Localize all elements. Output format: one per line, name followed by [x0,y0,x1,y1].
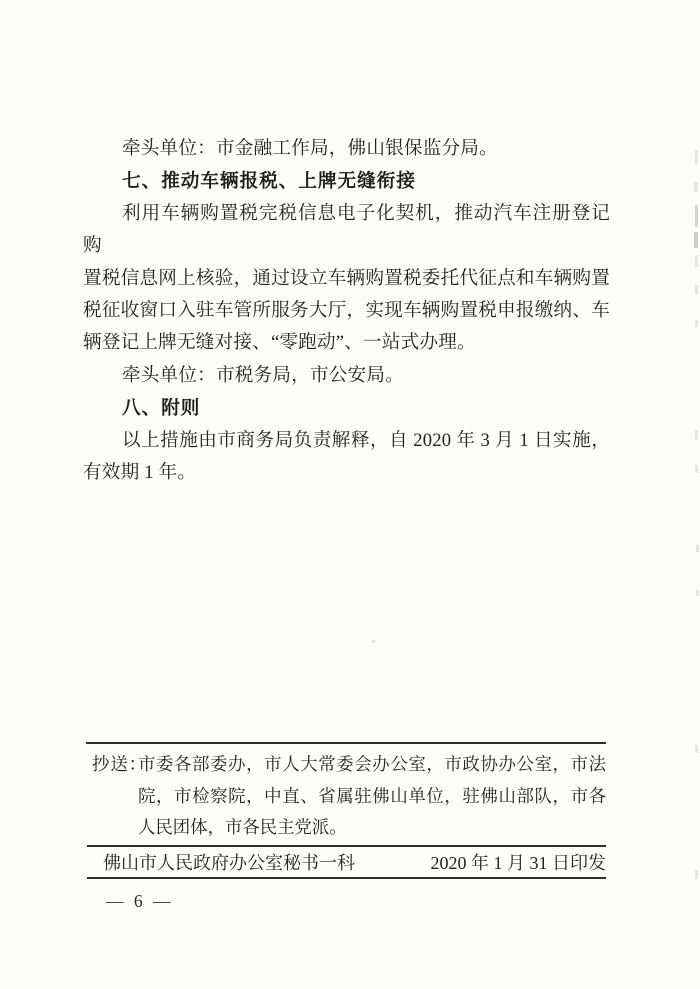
scan-noise-mark [695,255,698,267]
footer-middle-rule [87,845,606,847]
scan-noise-mark [694,232,698,248]
copy-to-lines: 市委各部委办，市人大常委会办公室，市政协办公室，市法 院，市检察院，中直、省属驻… [138,749,606,844]
paragraph-line: 置税信息网上核验，通过设立车辆购置税委托代征点和车辆购置 [83,263,610,295]
footer-bottom-rule [87,877,606,879]
paragraph-line: 辆登记上牌无缝对接、“零跑动”、一站式办理。 [83,327,610,359]
copy-to-line: 市委各部委办，市人大常委会办公室，市政协办公室，市法 [138,749,606,781]
paragraph-line: 以上措施由市商务局负责解释，自 2020 年 3 月 1 日实施， [83,425,610,457]
copy-to-line: 人民团体，市各民主党派。 [138,812,606,844]
scan-noise-mark [694,182,698,192]
scan-noise-mark [695,320,698,327]
scan-noise-mark [695,465,698,473]
copy-to-line: 院，市检察院，中直、省属驻佛山单位，驻佛山部队，市各 [138,781,606,813]
paragraph-line: 利用车辆购置税完税信息电子化契机，推动汽车注册登记购 [83,198,610,263]
page-number: — 6 — [106,891,174,912]
scan-noise-mark [695,745,698,753]
scan-noise-mark [696,590,699,596]
scan-noise-mark [695,430,698,440]
section-heading-8: 八、附则 [83,392,610,424]
copy-to-label: 抄送： [92,749,147,781]
footer-top-rule [86,742,606,744]
scan-noise-mark [695,150,698,164]
scan-noise-mark [695,870,698,879]
lead-unit-line: 牵头单位：市金融工作局，佛山银保监分局。 [83,133,610,165]
copy-to-block: 抄送： 市委各部委办，市人大常委会办公室，市政协办公室，市法 院，市检察院，中直… [92,749,606,844]
document-body: 牵头单位：市金融工作局，佛山银保监分局。 七、推动车辆报税、上牌无缝衔接 利用车… [83,133,610,489]
scan-noise-mark [695,205,698,227]
paragraph-line: 税征收窗口入驻车管所服务大厅，实现车辆购置税申报缴纳、车 [83,295,610,327]
scan-noise-mark [696,545,699,552]
lead-unit-line: 牵头单位：市税务局，市公安局。 [83,360,610,392]
print-date: 2020 年 1 月 31 日印发 [431,851,607,875]
scan-noise-mark [695,285,698,294]
paragraph-line: 有效期 1 年。 [83,457,610,489]
section-heading-7: 七、推动车辆报税、上牌无缝衔接 [83,165,610,197]
document-page: 牵头单位：市金融工作局，佛山银保监分局。 七、推动车辆报税、上牌无缝衔接 利用车… [0,0,700,989]
issuing-office: 佛山市人民政府办公室秘书一科 [103,851,355,875]
scan-speck [372,640,375,643]
issuer-row: 佛山市人民政府办公室秘书一科 2020 年 1 月 31 日印发 [103,851,606,875]
